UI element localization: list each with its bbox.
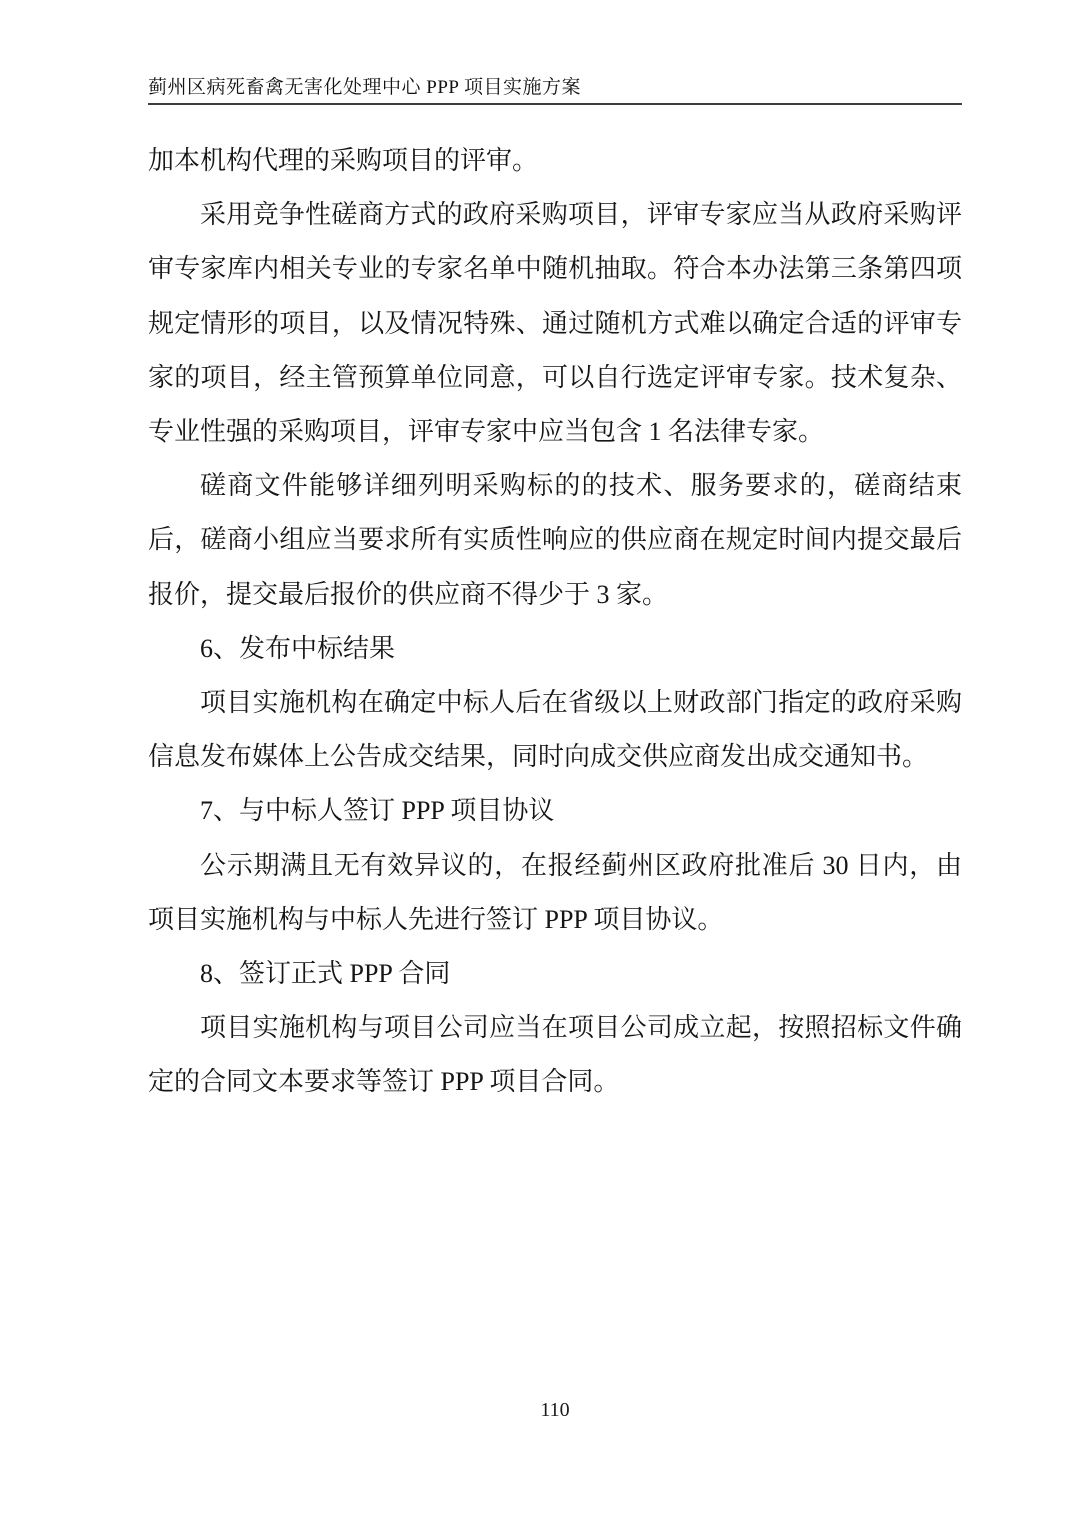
page-header-title: 蓟州区病死畜禽无害化处理中心 PPP 项目实施方案 (148, 77, 581, 98)
page-number: 110 (540, 1399, 569, 1421)
document-page: 蓟州区病死畜禽无害化处理中心 PPP 项目实施方案 加本机构代理的采购项目的评审… (0, 0, 1069, 1514)
body-paragraph: 磋商文件能够详细列明采购标的的技术、服务要求的，磋商结束后，磋商小组应当要求所有… (148, 459, 962, 622)
body-paragraph: 项目实施机构与项目公司应当在项目公司成立起，按照招标文件确定的合同文本要求等签订… (148, 1001, 962, 1109)
content-column: 蓟州区病死畜禽无害化处理中心 PPP 项目实施方案 加本机构代理的采购项目的评审… (148, 0, 962, 1110)
section-heading: 6、发布中标结果 (148, 622, 962, 676)
page-footer: 110 (148, 1399, 962, 1422)
body-paragraph: 项目实施机构在确定中标人后在省级以上财政部门指定的政府采购信息发布媒体上公告成交… (148, 676, 962, 784)
page-header: 蓟州区病死畜禽无害化处理中心 PPP 项目实施方案 (148, 0, 962, 105)
body-paragraph: 公示期满且无有效异议的，在报经蓟州区政府批准后 30 日内，由项目实施机构与中标… (148, 839, 962, 947)
document-body: 加本机构代理的采购项目的评审。 采用竞争性磋商方式的政府采购项目，评审专家应当从… (148, 134, 962, 1110)
section-heading: 7、与中标人签订 PPP 项目协议 (148, 784, 962, 838)
body-paragraph: 加本机构代理的采购项目的评审。 (148, 134, 962, 188)
section-heading: 8、签订正式 PPP 合同 (148, 947, 962, 1001)
body-paragraph: 采用竞争性磋商方式的政府采购项目，评审专家应当从政府采购评审专家库内相关专业的专… (148, 188, 962, 459)
